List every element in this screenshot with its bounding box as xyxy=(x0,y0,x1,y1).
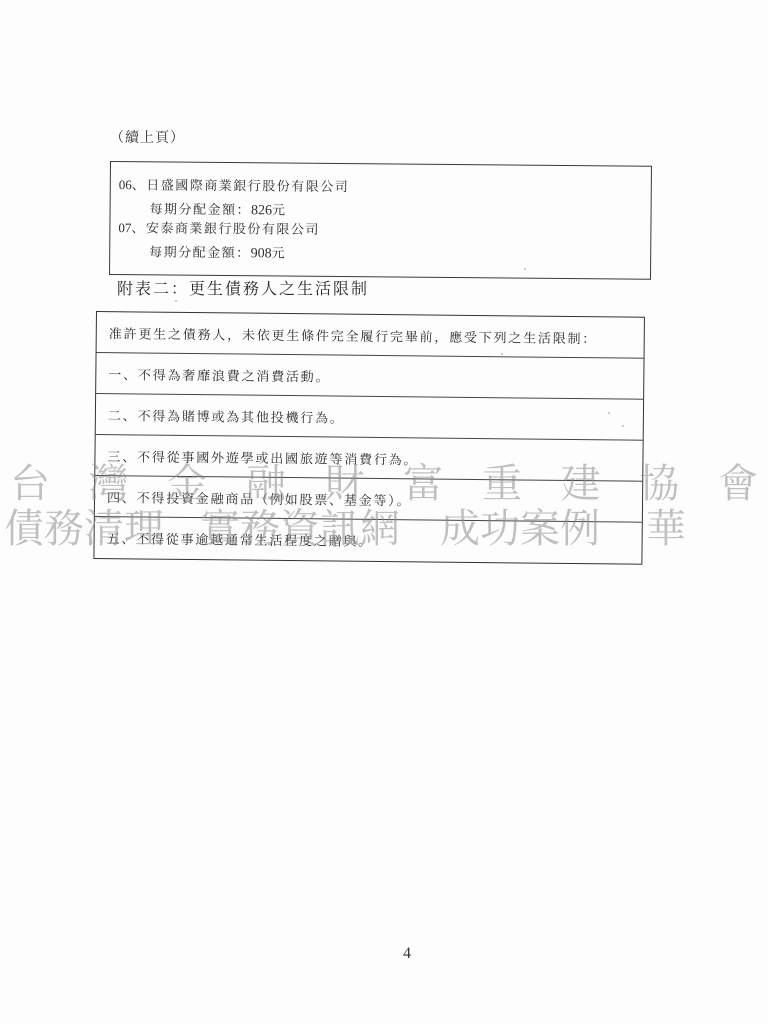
watermark-char: 台 xyxy=(10,464,50,504)
creditor-separator: 、 xyxy=(132,178,147,193)
creditor-distribution-box: 06、日盛國際商業銀行股份有限公司 每期分配金額：826元 07、安泰商業銀行股… xyxy=(109,161,652,280)
creditor-name: 安泰商業銀行股份有限公司 xyxy=(146,221,320,238)
scan-speck xyxy=(608,412,610,414)
amount-unit: 元 xyxy=(272,246,287,261)
table-row: 三、不得從事國外遊學或出國旅遊等消費行為。 xyxy=(95,435,642,482)
amount-unit: 元 xyxy=(272,203,287,218)
amount-label: 每期分配金額： xyxy=(149,245,251,261)
scan-speck xyxy=(622,425,624,427)
appendix-title: 附表二：更生債務人之生活限制 xyxy=(117,276,369,299)
creditor-number: 07 xyxy=(118,220,131,235)
amount-value: 908 xyxy=(251,246,272,261)
creditor-name: 日盛國際商業銀行股份有限公司 xyxy=(146,178,349,195)
watermark-char: 會 xyxy=(718,464,758,504)
creditor-entry-06: 06、日盛國際商業銀行股份有限公司 每期分配金額：826元 xyxy=(119,174,350,220)
watermark-segment: 華 xyxy=(646,509,686,549)
scan-speck xyxy=(524,268,526,270)
creditor-entry-07: 07、安泰商業銀行股份有限公司 每期分配金額：908元 xyxy=(118,217,320,263)
table-row: 一、不得為奢靡浪費之消費活動。 xyxy=(96,353,643,400)
table-row: 五、不得從事逾越通常生活程度之贈與。 xyxy=(94,517,641,564)
page-number: 4 xyxy=(403,945,411,963)
table-row-intro: 准許更生之債務人，未依更生條件完全履行完畢前，應受下列之生活限制： xyxy=(97,312,644,359)
table-row: 四、不得投資金融商品（例如股票、基金等）。 xyxy=(95,476,642,523)
table-row: 二、不得為賭博或為其他投機行為。 xyxy=(96,394,643,441)
scan-speck xyxy=(175,300,177,302)
scan-speck xyxy=(501,353,503,355)
creditor-amount-row: 每期分配金額：908元 xyxy=(118,241,320,263)
creditor-number: 06 xyxy=(119,177,132,192)
amount-value: 826 xyxy=(251,203,272,218)
watermark-char: 協 xyxy=(639,464,679,504)
continued-label: （續上頁） xyxy=(110,127,185,147)
living-restrictions-table: 准許更生之債務人，未依更生條件完全履行完畢前，應受下列之生活限制： 一、不得為奢… xyxy=(93,311,645,565)
creditor-separator: 、 xyxy=(131,221,146,236)
amount-label: 每期分配金額： xyxy=(150,202,252,218)
document-page: （續上頁） 06、日盛國際商業銀行股份有限公司 每期分配金額：826元 07、安… xyxy=(0,0,768,1024)
